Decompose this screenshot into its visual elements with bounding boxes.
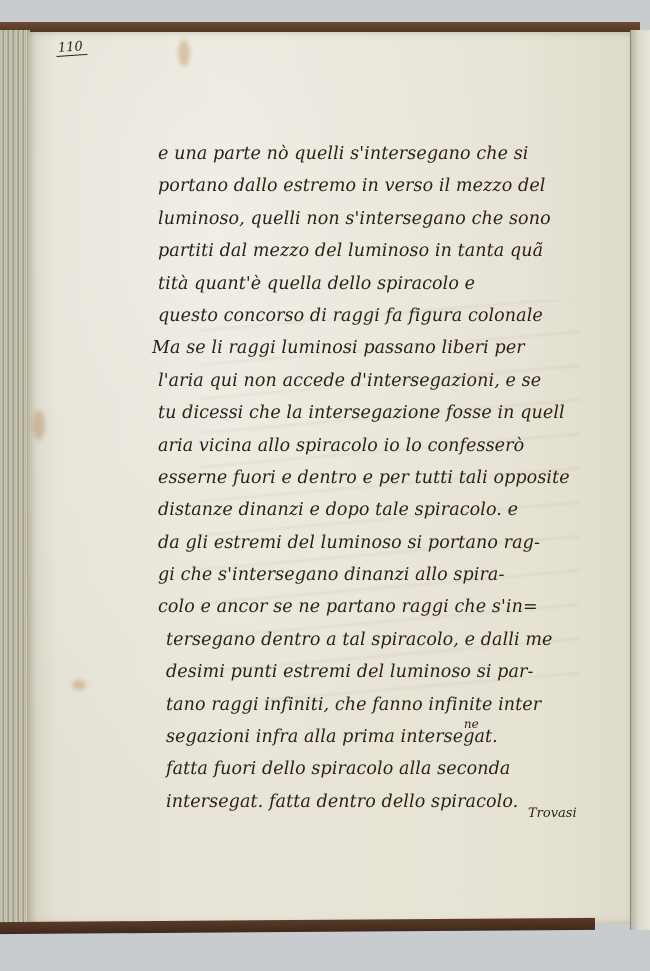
text-line: tità quant'è quella dello spiracolo e <box>158 268 578 300</box>
folio-number: 110 <box>55 39 87 57</box>
stain <box>33 410 45 440</box>
stain <box>178 40 190 66</box>
superscript-annotation: ne <box>464 717 479 731</box>
text-line: desimi punti estremi del luminoso si par… <box>158 656 578 688</box>
stain <box>72 680 86 690</box>
text-line: portano dallo estremo in verso il mezzo … <box>158 170 578 202</box>
manuscript-text: e una parte nò quelli s'intersegano che … <box>158 138 578 818</box>
text-line: gi che s'intersegano dinanzi allo spira- <box>158 559 578 591</box>
line-text: intersegat. fatta dentro dello spiracolo… <box>166 792 518 812</box>
text-line: tano raggi infiniti, che fanno infinite … <box>158 689 578 721</box>
text-line: tersegano dentro a tal spiracolo, e dall… <box>158 624 578 656</box>
text-line: tu dicessi che la intersegazione fosse i… <box>158 397 578 429</box>
text-line: partiti dal mezzo del luminoso in tanta … <box>158 235 578 267</box>
text-line: intersegat. fatta dentro dello spiracolo… <box>158 786 578 818</box>
text-line: l'aria qui non accede d'intersegazioni, … <box>158 365 578 397</box>
text-line: e una parte nò quelli s'intersegano che … <box>158 138 578 170</box>
catchword: Trovasi <box>528 806 577 821</box>
text-line: Ma se li raggi luminosi passano liberi p… <box>152 332 578 364</box>
text-line: fatta fuori dello spiracolo alla seconda <box>158 753 578 785</box>
text-line: questo concorso di raggi fa figura colon… <box>158 300 578 332</box>
text-line: aria vicina allo spiracolo io lo confess… <box>158 430 578 462</box>
text-line: colo e ancor se ne partano raggi che s'i… <box>158 591 578 623</box>
page-edge-right <box>630 30 650 930</box>
text-line: da gli estremi del luminoso si portano r… <box>158 527 578 559</box>
text-line: luminoso, quelli non s'intersegano che s… <box>158 203 578 235</box>
text-line: esserne fuori e dentro e per tutti tali … <box>158 462 578 494</box>
page-stack-left <box>0 30 30 930</box>
text-line: distanze dinanzi e dopo tale spiracolo. … <box>158 494 578 526</box>
text-line: segazioni infra alla prima intersegat.ne <box>158 721 578 753</box>
line-text: segazioni infra alla prima intersegat. <box>166 727 498 747</box>
